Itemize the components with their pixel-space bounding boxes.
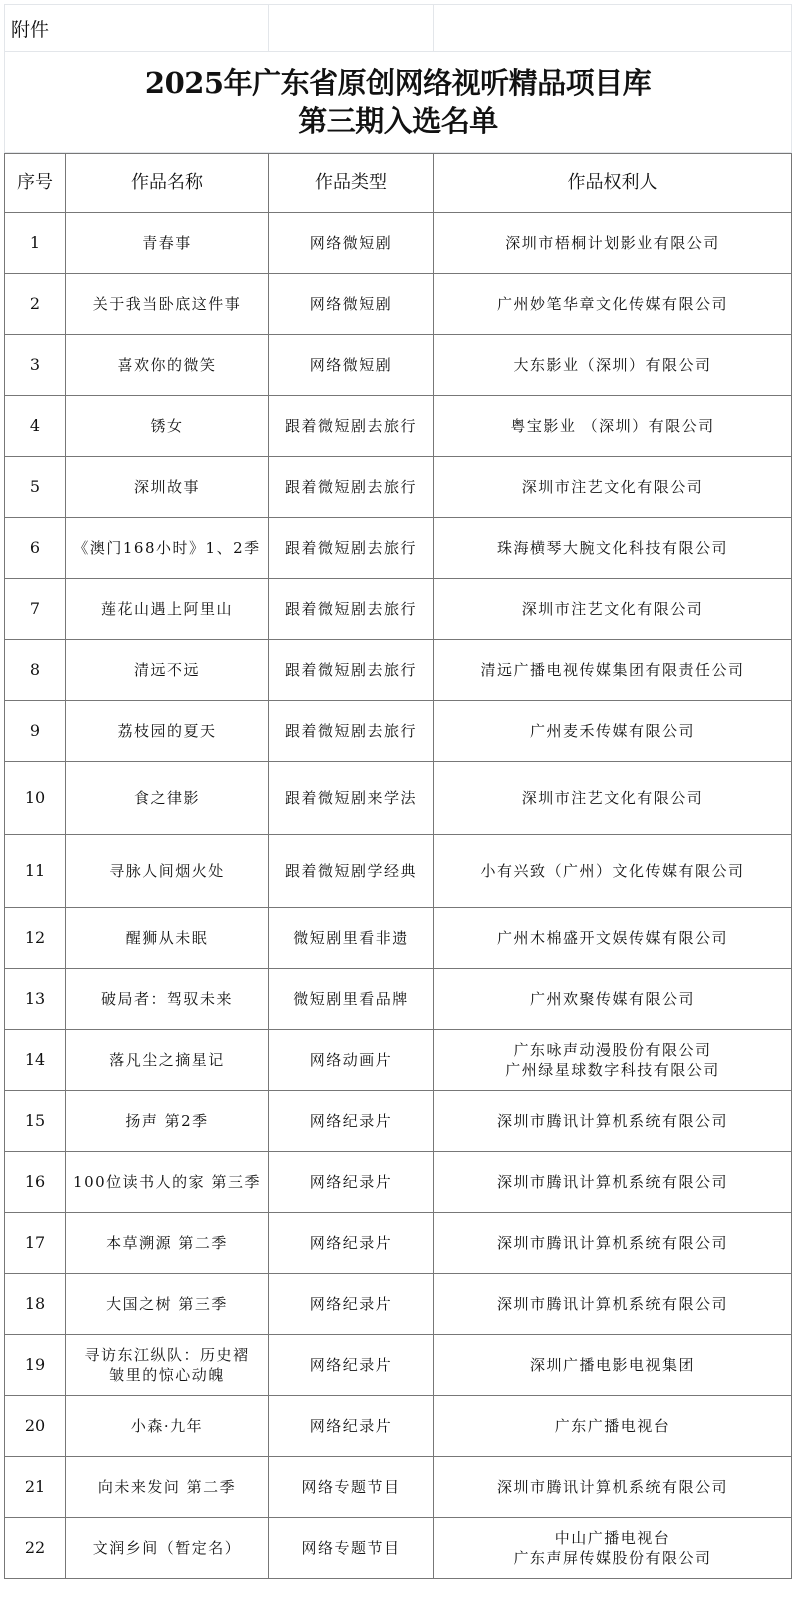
row-number: 17 bbox=[5, 1213, 66, 1274]
work-name-line: 清远不远 bbox=[66, 660, 268, 680]
rights-holder-line: 深圳市腾讯计算机系统有限公司 bbox=[434, 1477, 791, 1497]
empty-cell bbox=[269, 5, 434, 52]
row-number: 20 bbox=[5, 1396, 66, 1457]
work-name-line: 荔枝园的夏天 bbox=[66, 721, 268, 741]
table-row: 10食之律影跟着微短剧来学法深圳市注艺文化有限公司 bbox=[5, 762, 792, 835]
header-owner: 作品权利人 bbox=[434, 154, 792, 213]
table-row: 13破局者：驾驭未来微短剧里看品牌广州欢聚传媒有限公司 bbox=[5, 969, 792, 1030]
row-number: 15 bbox=[5, 1091, 66, 1152]
rights-holder-line: 深圳市梧桐计划影业有限公司 bbox=[434, 233, 791, 253]
row-number: 4 bbox=[5, 396, 66, 457]
rights-holder-line: 广州妙笔华章文化传媒有限公司 bbox=[434, 294, 791, 314]
work-type: 网络专题节目 bbox=[269, 1518, 434, 1579]
rights-holder-line: 深圳广播电影电视集团 bbox=[434, 1355, 791, 1375]
rights-holder-line: 深圳市注艺文化有限公司 bbox=[434, 788, 791, 808]
work-type: 网络纪录片 bbox=[269, 1213, 434, 1274]
work-type: 微短剧里看品牌 bbox=[269, 969, 434, 1030]
rights-holder: 深圳广播电影电视集团 bbox=[434, 1335, 792, 1396]
row-number: 1 bbox=[5, 213, 66, 274]
work-name: 破局者：驾驭未来 bbox=[66, 969, 269, 1030]
table-row: 20小森·九年网络纪录片广东广播电视台 bbox=[5, 1396, 792, 1457]
rights-holder: 珠海横琴大腕文化科技有限公司 bbox=[434, 518, 792, 579]
table-row: 16100位读书人的家 第三季网络纪录片深圳市腾讯计算机系统有限公司 bbox=[5, 1152, 792, 1213]
rights-holder: 深圳市梧桐计划影业有限公司 bbox=[434, 213, 792, 274]
rights-holder-line: 粤宝影业 （深圳）有限公司 bbox=[434, 416, 791, 436]
work-name-line: 落凡尘之摘星记 bbox=[66, 1050, 268, 1070]
work-name: 锈女 bbox=[66, 396, 269, 457]
work-name: 本草溯源 第二季 bbox=[66, 1213, 269, 1274]
row-number: 2 bbox=[5, 274, 66, 335]
work-name-line: 小森·九年 bbox=[66, 1416, 268, 1436]
work-name: 落凡尘之摘星记 bbox=[66, 1030, 269, 1091]
row-number: 14 bbox=[5, 1030, 66, 1091]
table-row: 17本草溯源 第二季网络纪录片深圳市腾讯计算机系统有限公司 bbox=[5, 1213, 792, 1274]
work-name-line: 皱里的惊心动魄 bbox=[66, 1365, 268, 1385]
work-type: 跟着微短剧去旅行 bbox=[269, 579, 434, 640]
rights-holder: 粤宝影业 （深圳）有限公司 bbox=[434, 396, 792, 457]
work-name-line: 食之律影 bbox=[66, 788, 268, 808]
rights-holder: 大东影业（深圳）有限公司 bbox=[434, 335, 792, 396]
row-number: 22 bbox=[5, 1518, 66, 1579]
rights-holder: 广州妙笔华章文化传媒有限公司 bbox=[434, 274, 792, 335]
rights-holder-line: 深圳市腾讯计算机系统有限公司 bbox=[434, 1111, 791, 1131]
work-type: 网络动画片 bbox=[269, 1030, 434, 1091]
rights-holder: 深圳市腾讯计算机系统有限公司 bbox=[434, 1213, 792, 1274]
work-name: 关于我当卧底这件事 bbox=[66, 274, 269, 335]
table-row: 12醒狮从未眠微短剧里看非遗广州木棉盛开文娱传媒有限公司 bbox=[5, 908, 792, 969]
row-number: 5 bbox=[5, 457, 66, 518]
rights-holder-line: 深圳市腾讯计算机系统有限公司 bbox=[434, 1172, 791, 1192]
work-type: 跟着微短剧学经典 bbox=[269, 835, 434, 908]
work-name: 大国之树 第三季 bbox=[66, 1274, 269, 1335]
rights-holder-line: 深圳市注艺文化有限公司 bbox=[434, 477, 791, 497]
work-type: 网络纪录片 bbox=[269, 1152, 434, 1213]
rights-holder: 深圳市腾讯计算机系统有限公司 bbox=[434, 1152, 792, 1213]
work-name: 荔枝园的夏天 bbox=[66, 701, 269, 762]
rights-holder: 清远广播电视传媒集团有限责任公司 bbox=[434, 640, 792, 701]
work-name-line: 寻脉人间烟火处 bbox=[66, 861, 268, 881]
work-name-line: 文润乡间（暂定名） bbox=[66, 1538, 268, 1558]
rights-holder: 深圳市腾讯计算机系统有限公司 bbox=[434, 1457, 792, 1518]
table-header-row: 序号 作品名称 作品类型 作品权利人 bbox=[5, 154, 792, 213]
rights-holder-line: 大东影业（深圳）有限公司 bbox=[434, 355, 791, 375]
work-name-line: 锈女 bbox=[66, 416, 268, 436]
header-name: 作品名称 bbox=[66, 154, 269, 213]
rights-holder: 广州木棉盛开文娱传媒有限公司 bbox=[434, 908, 792, 969]
table-row: 4锈女跟着微短剧去旅行粤宝影业 （深圳）有限公司 bbox=[5, 396, 792, 457]
attachment-header-table: 附件 2025年广东省原创网络视听精品项目库 第三期入选名单 bbox=[4, 4, 792, 153]
rights-holder: 深圳市注艺文化有限公司 bbox=[434, 457, 792, 518]
work-name: 文润乡间（暂定名） bbox=[66, 1518, 269, 1579]
work-type: 网络微短剧 bbox=[269, 335, 434, 396]
work-name-line: 关于我当卧底这件事 bbox=[66, 294, 268, 314]
rights-holder: 深圳市注艺文化有限公司 bbox=[434, 579, 792, 640]
work-name-line: 扬声 第2季 bbox=[66, 1111, 268, 1131]
work-name: 喜欢你的微笑 bbox=[66, 335, 269, 396]
rights-holder: 中山广播电视台广东声屏传媒股份有限公司 bbox=[434, 1518, 792, 1579]
row-number: 19 bbox=[5, 1335, 66, 1396]
rights-holder-line: 小有兴致（广州）文化传媒有限公司 bbox=[434, 861, 791, 881]
row-number: 12 bbox=[5, 908, 66, 969]
table-row: 14落凡尘之摘星记网络动画片广东咏声动漫股份有限公司广州绿星球数字科技有限公司 bbox=[5, 1030, 792, 1091]
work-type: 跟着微短剧去旅行 bbox=[269, 457, 434, 518]
work-name-line: 喜欢你的微笑 bbox=[66, 355, 268, 375]
work-type: 网络微短剧 bbox=[269, 213, 434, 274]
work-name: 清远不远 bbox=[66, 640, 269, 701]
work-name: 莲花山遇上阿里山 bbox=[66, 579, 269, 640]
rights-holder: 小有兴致（广州）文化传媒有限公司 bbox=[434, 835, 792, 908]
work-type: 跟着微短剧去旅行 bbox=[269, 640, 434, 701]
table-row: 21向未来发问 第二季网络专题节目深圳市腾讯计算机系统有限公司 bbox=[5, 1457, 792, 1518]
table-row: 3喜欢你的微笑网络微短剧大东影业（深圳）有限公司 bbox=[5, 335, 792, 396]
row-number: 16 bbox=[5, 1152, 66, 1213]
rights-holder: 广东广播电视台 bbox=[434, 1396, 792, 1457]
rights-holder-line: 广州绿星球数字科技有限公司 bbox=[434, 1060, 791, 1080]
work-name: 向未来发问 第二季 bbox=[66, 1457, 269, 1518]
work-name: 寻访东江纵队：历史褶皱里的惊心动魄 bbox=[66, 1335, 269, 1396]
work-type: 跟着微短剧去旅行 bbox=[269, 518, 434, 579]
work-type: 微短剧里看非遗 bbox=[269, 908, 434, 969]
row-number: 21 bbox=[5, 1457, 66, 1518]
empty-cell bbox=[434, 5, 792, 52]
work-name: 寻脉人间烟火处 bbox=[66, 835, 269, 908]
table-row: 7莲花山遇上阿里山跟着微短剧去旅行深圳市注艺文化有限公司 bbox=[5, 579, 792, 640]
rights-holder-line: 广州麦禾传媒有限公司 bbox=[434, 721, 791, 741]
table-row: 19寻访东江纵队：历史褶皱里的惊心动魄网络纪录片深圳广播电影电视集团 bbox=[5, 1335, 792, 1396]
table-body: 1青春事网络微短剧深圳市梧桐计划影业有限公司2关于我当卧底这件事网络微短剧广州妙… bbox=[5, 213, 792, 1579]
work-name-line: 深圳故事 bbox=[66, 477, 268, 497]
work-name-line: 醒狮从未眠 bbox=[66, 928, 268, 948]
row-number: 7 bbox=[5, 579, 66, 640]
title-line-2: 第三期入选名单 bbox=[5, 102, 791, 140]
selection-list-table: 序号 作品名称 作品类型 作品权利人 1青春事网络微短剧深圳市梧桐计划影业有限公… bbox=[4, 153, 792, 1579]
rights-holder-line: 深圳市注艺文化有限公司 bbox=[434, 599, 791, 619]
rights-holder-line: 广东声屏传媒股份有限公司 bbox=[434, 1548, 791, 1568]
work-name: 食之律影 bbox=[66, 762, 269, 835]
row-number: 9 bbox=[5, 701, 66, 762]
row-number: 3 bbox=[5, 335, 66, 396]
work-name-line: 莲花山遇上阿里山 bbox=[66, 599, 268, 619]
work-name-line: 寻访东江纵队：历史褶 bbox=[66, 1345, 268, 1365]
header-type: 作品类型 bbox=[269, 154, 434, 213]
rights-holder-line: 深圳市腾讯计算机系统有限公司 bbox=[434, 1233, 791, 1253]
table-row: 15扬声 第2季网络纪录片深圳市腾讯计算机系统有限公司 bbox=[5, 1091, 792, 1152]
work-type: 跟着微短剧去旅行 bbox=[269, 396, 434, 457]
rights-holder: 深圳市腾讯计算机系统有限公司 bbox=[434, 1091, 792, 1152]
work-name: 小森·九年 bbox=[66, 1396, 269, 1457]
page-title: 2025年广东省原创网络视听精品项目库 第三期入选名单 bbox=[5, 52, 792, 153]
work-name: 《澳门168小时》1、2季 bbox=[66, 518, 269, 579]
rights-holder: 深圳市腾讯计算机系统有限公司 bbox=[434, 1274, 792, 1335]
work-name: 醒狮从未眠 bbox=[66, 908, 269, 969]
row-number: 13 bbox=[5, 969, 66, 1030]
rights-holder-line: 清远广播电视传媒集团有限责任公司 bbox=[434, 660, 791, 680]
rights-holder: 深圳市注艺文化有限公司 bbox=[434, 762, 792, 835]
rights-holder-line: 中山广播电视台 bbox=[434, 1528, 791, 1548]
header-no: 序号 bbox=[5, 154, 66, 213]
work-name-line: 青春事 bbox=[66, 233, 268, 253]
table-row: 5深圳故事跟着微短剧去旅行深圳市注艺文化有限公司 bbox=[5, 457, 792, 518]
work-type: 网络纪录片 bbox=[269, 1091, 434, 1152]
table-row: 18大国之树 第三季网络纪录片深圳市腾讯计算机系统有限公司 bbox=[5, 1274, 792, 1335]
rights-holder: 广州欢聚传媒有限公司 bbox=[434, 969, 792, 1030]
document-sheet: 附件 2025年广东省原创网络视听精品项目库 第三期入选名单 序号 作品名称 作… bbox=[4, 4, 791, 1579]
work-type: 网络专题节目 bbox=[269, 1457, 434, 1518]
rights-holder-line: 广东广播电视台 bbox=[434, 1416, 791, 1436]
row-number: 8 bbox=[5, 640, 66, 701]
row-number: 10 bbox=[5, 762, 66, 835]
row-number: 18 bbox=[5, 1274, 66, 1335]
table-row: 6《澳门168小时》1、2季跟着微短剧去旅行珠海横琴大腕文化科技有限公司 bbox=[5, 518, 792, 579]
work-type: 网络纪录片 bbox=[269, 1274, 434, 1335]
work-type: 跟着微短剧来学法 bbox=[269, 762, 434, 835]
work-type: 网络微短剧 bbox=[269, 274, 434, 335]
table-row: 22文润乡间（暂定名）网络专题节目中山广播电视台广东声屏传媒股份有限公司 bbox=[5, 1518, 792, 1579]
work-name: 100位读书人的家 第三季 bbox=[66, 1152, 269, 1213]
rights-holder: 广州麦禾传媒有限公司 bbox=[434, 701, 792, 762]
rights-holder-line: 广州木棉盛开文娱传媒有限公司 bbox=[434, 928, 791, 948]
row-number: 11 bbox=[5, 835, 66, 908]
table-row: 1青春事网络微短剧深圳市梧桐计划影业有限公司 bbox=[5, 213, 792, 274]
rights-holder-line: 珠海横琴大腕文化科技有限公司 bbox=[434, 538, 791, 558]
work-name-line: 破局者：驾驭未来 bbox=[66, 989, 268, 1009]
title-line-1: 2025年广东省原创网络视听精品项目库 bbox=[5, 64, 791, 102]
rights-holder-line: 深圳市腾讯计算机系统有限公司 bbox=[434, 1294, 791, 1314]
table-row: 9荔枝园的夏天跟着微短剧去旅行广州麦禾传媒有限公司 bbox=[5, 701, 792, 762]
row-number: 6 bbox=[5, 518, 66, 579]
attachment-label: 附件 bbox=[5, 5, 269, 52]
work-name-line: 本草溯源 第二季 bbox=[66, 1233, 268, 1253]
work-name: 深圳故事 bbox=[66, 457, 269, 518]
table-row: 11寻脉人间烟火处跟着微短剧学经典小有兴致（广州）文化传媒有限公司 bbox=[5, 835, 792, 908]
table-row: 8清远不远跟着微短剧去旅行清远广播电视传媒集团有限责任公司 bbox=[5, 640, 792, 701]
work-type: 网络纪录片 bbox=[269, 1396, 434, 1457]
work-name: 扬声 第2季 bbox=[66, 1091, 269, 1152]
work-name-line: 100位读书人的家 第三季 bbox=[66, 1172, 268, 1192]
rights-holder-line: 广东咏声动漫股份有限公司 bbox=[434, 1040, 791, 1060]
work-name-line: 《澳门168小时》1、2季 bbox=[66, 538, 268, 558]
work-type: 网络纪录片 bbox=[269, 1335, 434, 1396]
work-type: 跟着微短剧去旅行 bbox=[269, 701, 434, 762]
rights-holder: 广东咏声动漫股份有限公司广州绿星球数字科技有限公司 bbox=[434, 1030, 792, 1091]
rights-holder-line: 广州欢聚传媒有限公司 bbox=[434, 989, 791, 1009]
work-name-line: 向未来发问 第二季 bbox=[66, 1477, 268, 1497]
work-name: 青春事 bbox=[66, 213, 269, 274]
table-row: 2关于我当卧底这件事网络微短剧广州妙笔华章文化传媒有限公司 bbox=[5, 274, 792, 335]
work-name-line: 大国之树 第三季 bbox=[66, 1294, 268, 1314]
